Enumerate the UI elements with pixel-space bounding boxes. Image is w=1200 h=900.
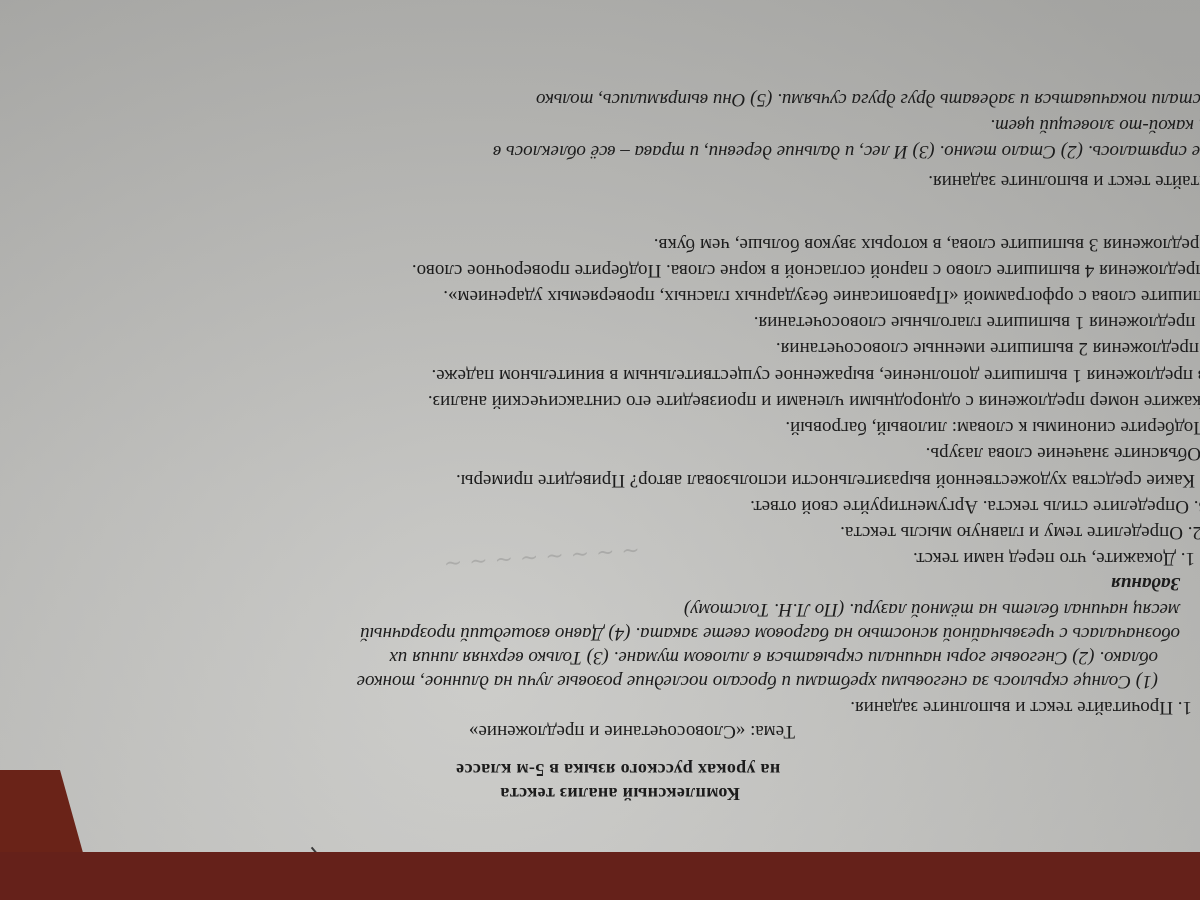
passage1-line: месяц начинал белеть на тёмной лазури. (… [684,598,1180,620]
exercise2-instruction: 2. Прочитайте текст и выполните задания. [928,170,1200,192]
task-item: 8. Из предложения 1 выпишите дополнение,… [431,364,1200,386]
passage1-line: (1) Солнце скрылось за снеговыми хребтам… [357,670,1158,692]
task-item: 5. Объясните значение слова лазурь. [926,442,1200,464]
pencil-handwriting: ~ ~ ~ ~ ~ ~ ~ ~ [443,537,641,576]
task-item: 9. Из предложения 2 выпишите именные сло… [776,337,1200,359]
passage2-line: …вья перестали покачиваться и задевать д… [536,88,1200,110]
passage1-line: облако. (2) Снеговые горы начинали скрыв… [389,646,1158,668]
upside-down-photo: Комплексный анализ текста на уроках русс… [0,0,1200,900]
tasks-heading: Задания [1111,572,1180,594]
worksheet-page: Комплексный анализ текста на уроках русс… [0,0,1200,852]
task-item: 7. Укажите номер предложения с однородны… [428,390,1200,412]
task-item: 2. Определите тему и главную мысль текст… [840,521,1200,543]
passage2-line: …и солнце спряталось. (2) Стало темно. (… [493,140,1200,162]
worksheet-title: Комплексный анализ текста [20,783,1200,804]
task-item: 12. Из предложения 4 выпишите слово с па… [412,259,1200,281]
task-item: 6. Подберите синонимы к словам: лиловый,… [785,416,1200,438]
task-item: 4. Какие средства художественной выразит… [456,469,1200,491]
task-item: 11. Выпишите слова с орфограммой «Правоп… [443,285,1200,307]
passage2-line: …ничный, какой-то зловещий цвет. [990,114,1200,136]
task-item: 3. Определите стиль текста. Аргументируй… [750,495,1200,517]
table-surface [0,852,1200,900]
worksheet-subtitle: на уроках русского языка в 5-м классе [18,759,1200,780]
task-item: 13. Из предложения 3 выпишите слова, в к… [654,233,1200,255]
passage1-line: обозначалась с чрезвычайной ясностью на … [360,622,1180,644]
exercise1-instruction: 1. Прочитайте текст и выполните задания. [850,696,1192,718]
topic-line: Тема: «Словосочетание и предложение» [469,720,795,742]
task-item: 10. Из предложения 1 выпишите глагольные… [754,311,1200,333]
task-item: 1. Докажите, что перед нами текст. [913,547,1195,569]
